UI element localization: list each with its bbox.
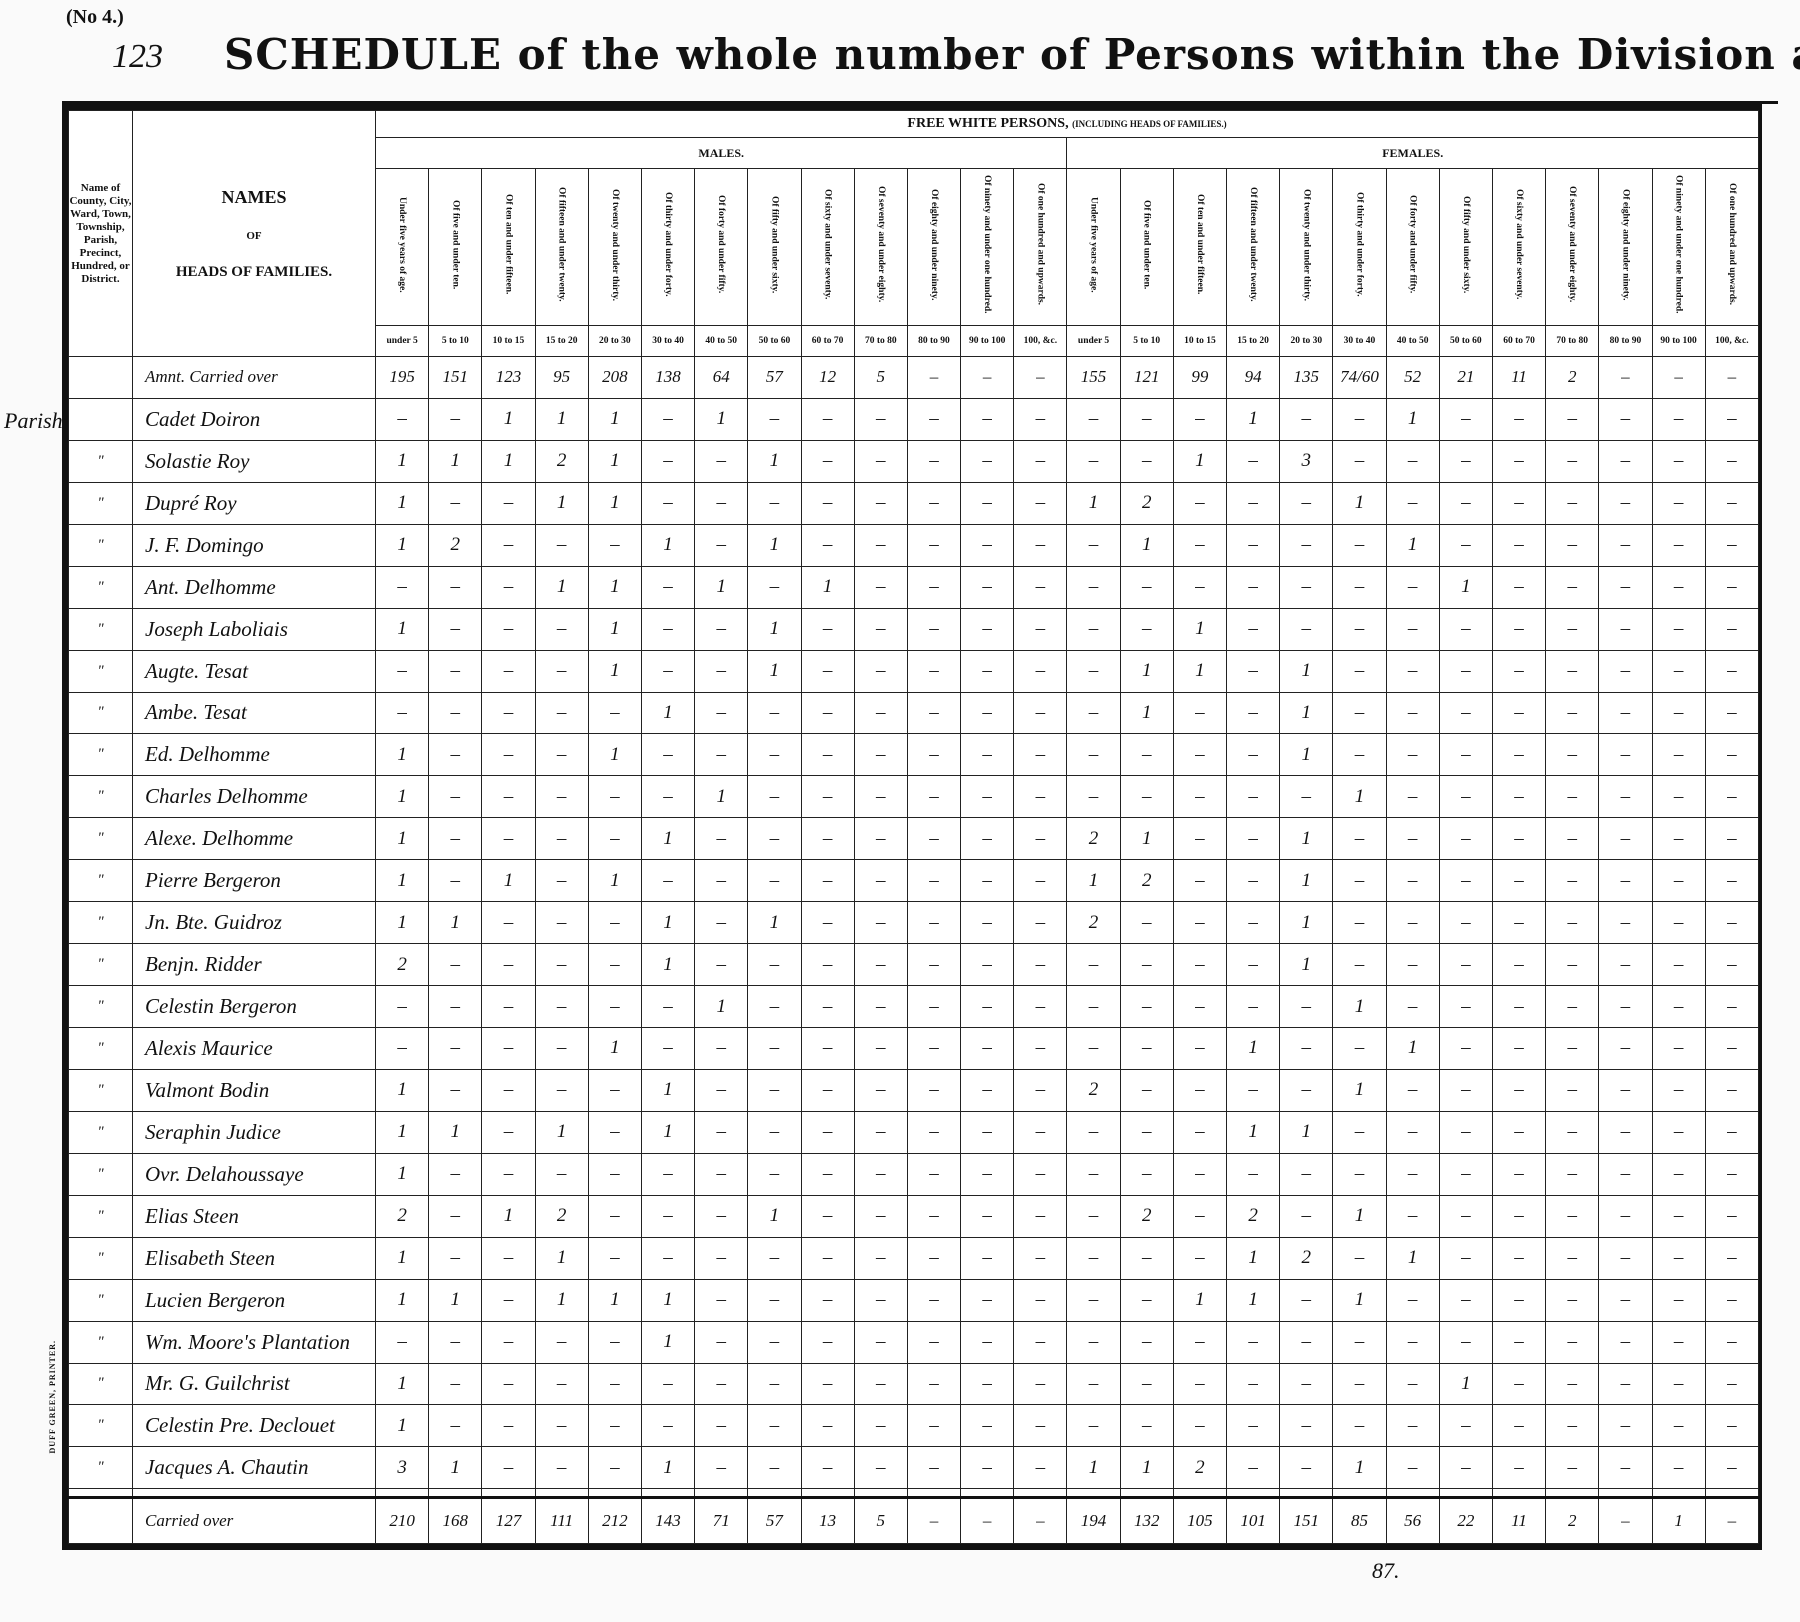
females-count-cell: 1: [1120, 1447, 1173, 1489]
table-row: "Joseph Laboliais1–––1––1–––––––1–––––––…: [69, 608, 1759, 650]
females-age-range: 100, &c.: [1705, 326, 1758, 357]
males-count-cell: 1: [376, 902, 429, 944]
females-count-cell: –: [1652, 692, 1705, 734]
head-of-family-name: Seraphin Judice: [133, 1111, 376, 1153]
males-count-cell: –: [748, 818, 801, 860]
males-count-cell: –: [482, 1447, 535, 1489]
males-count-cell: 1: [588, 398, 641, 440]
males-count-cell: –: [429, 566, 482, 608]
females-count-cell: –: [1280, 1195, 1333, 1237]
females-count-cell: –: [1173, 398, 1226, 440]
males-count-cell: –: [535, 1153, 588, 1195]
carried-forward-row: Amnt. Carried over1951511239520813864571…: [69, 357, 1759, 399]
females-count-cell: –: [1173, 1111, 1226, 1153]
males-age-header: Of twenty and under thirty.: [588, 169, 641, 326]
names-header-line3: HEADS OF FAMILIES.: [133, 264, 375, 281]
place-cell: ": [69, 1028, 133, 1070]
males-age-range: under 5: [376, 326, 429, 357]
males-count-cell: –: [429, 1195, 482, 1237]
males-count-cell: –: [588, 1447, 641, 1489]
females-count-cell: –: [1652, 1069, 1705, 1111]
males-count-cell: –: [748, 1321, 801, 1363]
females-age-range: 10 to 15: [1173, 326, 1226, 357]
males-count-cell: –: [535, 902, 588, 944]
females-count-cell: –: [1280, 482, 1333, 524]
females-count-cell: –: [1705, 902, 1758, 944]
males-count-cell: –: [588, 1405, 641, 1447]
females-count-cell: –: [1492, 1363, 1545, 1405]
females-count-cell: –: [1067, 944, 1120, 986]
males-count-cell: –: [1014, 692, 1067, 734]
females-count-cell: 1: [1227, 1111, 1280, 1153]
table-row: "Pierre Bergeron1–1–1––––––––12––1––––––…: [69, 860, 1759, 902]
females-count-cell: –: [1652, 650, 1705, 692]
females-count-cell: –: [1067, 1153, 1120, 1195]
males-count-cell: –: [907, 1153, 960, 1195]
males-count-cell: 1: [376, 1363, 429, 1405]
males-count-cell: –: [695, 1111, 748, 1153]
males-count-cell: 1: [482, 1195, 535, 1237]
males-count-cell: 1: [376, 1153, 429, 1195]
males-count-cell: –: [641, 860, 694, 902]
females-count-cell: –: [1652, 357, 1705, 399]
males-count-cell: –: [854, 398, 907, 440]
females-count-cell: –: [1439, 1405, 1492, 1447]
females-count-cell: –: [1386, 1447, 1439, 1489]
males-count-cell: –: [907, 440, 960, 482]
males-count-cell: –: [588, 776, 641, 818]
females-count-cell: –: [1227, 1069, 1280, 1111]
males-count-cell: 5: [854, 357, 907, 399]
males-header: MALES.: [376, 138, 1067, 169]
males-count-cell: –: [748, 860, 801, 902]
spacer-row: [69, 1489, 1759, 1498]
females-count-cell: 1: [1227, 398, 1280, 440]
males-count-cell: –: [695, 902, 748, 944]
males-count-cell: –: [801, 1321, 854, 1363]
females-count-cell: –: [1492, 1028, 1545, 1070]
place-cell: ": [69, 902, 133, 944]
males-age-header: Of one hundred and upwards.: [1014, 169, 1067, 326]
males-count-cell: –: [854, 1447, 907, 1489]
females-count-cell: –: [1333, 818, 1386, 860]
males-count-cell: –: [535, 1363, 588, 1405]
males-age-range: 5 to 10: [429, 326, 482, 357]
males-count-cell: –: [854, 1363, 907, 1405]
females-age-header: Of seventy and under eighty.: [1546, 169, 1599, 326]
males-count-cell: 1: [535, 398, 588, 440]
table-row: "Augte. Tesat––––1––1––––––11–1––––––––: [69, 650, 1759, 692]
females-count-cell: –: [1173, 524, 1226, 566]
females-count-cell: –: [1599, 944, 1652, 986]
males-count-cell: –: [482, 608, 535, 650]
males-count-cell: 1: [376, 1069, 429, 1111]
head-of-family-name: Cadet Doiron: [133, 398, 376, 440]
males-count-cell: 1: [641, 902, 694, 944]
place-cell: ": [69, 1447, 133, 1489]
females-count-cell: –: [1492, 944, 1545, 986]
males-count-cell: 111: [535, 1498, 588, 1544]
females-count-cell: –: [1386, 860, 1439, 902]
females-count-cell: –: [1067, 1237, 1120, 1279]
males-count-cell: –: [748, 566, 801, 608]
females-count-cell: 1: [1333, 1195, 1386, 1237]
females-count-cell: –: [1705, 1447, 1758, 1489]
place-cell: ": [69, 986, 133, 1028]
males-count-cell: –: [801, 734, 854, 776]
table-row: "Alexe. Delhomme1––––1–––––––21––1––––––…: [69, 818, 1759, 860]
males-age-range: 20 to 30: [588, 326, 641, 357]
females-count-cell: –: [1652, 524, 1705, 566]
females-count-cell: –: [1227, 1153, 1280, 1195]
females-count-cell: –: [1492, 818, 1545, 860]
males-count-cell: –: [801, 1195, 854, 1237]
females-count-cell: –: [1599, 1498, 1652, 1544]
females-count-cell: –: [1599, 734, 1652, 776]
males-count-cell: –: [961, 818, 1014, 860]
females-count-cell: 1: [1280, 734, 1333, 776]
males-count-cell: 1: [695, 566, 748, 608]
males-count-cell: 1: [429, 1111, 482, 1153]
females-count-cell: 1: [1227, 1237, 1280, 1279]
females-count-cell: –: [1439, 734, 1492, 776]
females-count-cell: –: [1333, 398, 1386, 440]
males-count-cell: 1: [748, 440, 801, 482]
females-count-cell: –: [1705, 566, 1758, 608]
males-count-cell: –: [429, 482, 482, 524]
females-count-cell: –: [1705, 776, 1758, 818]
males-count-cell: 2: [535, 1195, 588, 1237]
males-count-cell: 1: [641, 818, 694, 860]
females-count-cell: –: [1280, 566, 1333, 608]
females-count-cell: –: [1599, 608, 1652, 650]
males-count-cell: –: [588, 1321, 641, 1363]
females-count-cell: 11: [1492, 1498, 1545, 1544]
males-count-cell: 143: [641, 1498, 694, 1544]
males-count-cell: –: [641, 1405, 694, 1447]
females-age-range: 70 to 80: [1546, 326, 1599, 357]
females-age-header: Of ten and under fifteen.: [1173, 169, 1226, 326]
females-count-cell: –: [1333, 1153, 1386, 1195]
females-count-cell: –: [1546, 524, 1599, 566]
females-count-cell: 1: [1280, 818, 1333, 860]
females-count-cell: –: [1280, 776, 1333, 818]
males-count-cell: 1: [748, 902, 801, 944]
males-count-cell: 1: [482, 398, 535, 440]
females-count-cell: 1: [1120, 692, 1173, 734]
females-count-cell: 1: [1067, 1447, 1120, 1489]
females-count-cell: –: [1599, 692, 1652, 734]
males-count-cell: –: [1014, 1111, 1067, 1153]
household-rows: Amnt. Carried over1951511239520813864571…: [69, 357, 1759, 1544]
females-count-cell: –: [1120, 1028, 1173, 1070]
males-count-cell: –: [695, 734, 748, 776]
females-age-header: Of twenty and under thirty.: [1280, 169, 1333, 326]
females-count-cell: 1: [1120, 650, 1173, 692]
head-of-family-name: Ovr. Delahoussaye: [133, 1153, 376, 1195]
females-count-cell: –: [1439, 944, 1492, 986]
females-count-cell: –: [1120, 566, 1173, 608]
place-cell: ": [69, 1405, 133, 1447]
females-count-cell: –: [1652, 1363, 1705, 1405]
females-count-cell: –: [1546, 944, 1599, 986]
males-count-cell: 151: [429, 357, 482, 399]
females-count-cell: –: [1173, 944, 1226, 986]
males-count-cell: –: [801, 524, 854, 566]
males-count-cell: –: [535, 650, 588, 692]
names-header-line2: OF: [133, 230, 375, 242]
females-count-cell: –: [1120, 1237, 1173, 1279]
males-count-cell: –: [961, 734, 1014, 776]
males-count-cell: –: [1014, 440, 1067, 482]
males-count-cell: –: [961, 566, 1014, 608]
males-count-cell: –: [961, 902, 1014, 944]
males-count-cell: –: [535, 1447, 588, 1489]
females-count-cell: 1: [1386, 524, 1439, 566]
females-count-cell: –: [1120, 776, 1173, 818]
head-of-family-name: Alexe. Delhomme: [133, 818, 376, 860]
males-count-cell: 57: [748, 1498, 801, 1544]
females-count-cell: –: [1492, 776, 1545, 818]
females-count-cell: –: [1492, 440, 1545, 482]
males-count-cell: –: [907, 608, 960, 650]
males-count-cell: –: [748, 1405, 801, 1447]
males-count-cell: –: [695, 944, 748, 986]
females-count-cell: –: [1652, 1028, 1705, 1070]
females-count-cell: 11: [1492, 357, 1545, 399]
females-count-cell: –: [1120, 440, 1173, 482]
place-cell: ": [69, 608, 133, 650]
females-count-cell: 2: [1546, 1498, 1599, 1544]
males-count-cell: 1: [641, 1111, 694, 1153]
males-count-cell: –: [429, 734, 482, 776]
males-count-cell: 212: [588, 1498, 641, 1544]
females-age-range: 50 to 60: [1439, 326, 1492, 357]
males-age-range: 60 to 70: [801, 326, 854, 357]
males-count-cell: –: [907, 1069, 960, 1111]
females-count-cell: –: [1599, 482, 1652, 524]
males-count-cell: –: [1014, 1237, 1067, 1279]
males-count-cell: –: [801, 860, 854, 902]
females-count-cell: –: [1120, 1069, 1173, 1111]
males-count-cell: –: [695, 1153, 748, 1195]
males-count-cell: 1: [535, 1237, 588, 1279]
females-count-cell: –: [1386, 1405, 1439, 1447]
females-count-cell: –: [1333, 524, 1386, 566]
females-count-cell: 1: [1652, 1498, 1705, 1544]
males-count-cell: –: [695, 482, 748, 524]
head-of-family-name: Ambe. Tesat: [133, 692, 376, 734]
males-count-cell: 1: [376, 734, 429, 776]
females-count-cell: –: [1705, 734, 1758, 776]
males-count-cell: –: [588, 818, 641, 860]
females-count-cell: –: [1705, 1363, 1758, 1405]
females-count-cell: –: [1227, 776, 1280, 818]
females-count-cell: –: [1173, 1153, 1226, 1195]
females-count-cell: –: [1386, 734, 1439, 776]
males-count-cell: 123: [482, 357, 535, 399]
females-count-cell: 1: [1439, 1363, 1492, 1405]
females-age-range: 90 to 100: [1652, 326, 1705, 357]
females-count-cell: –: [1439, 986, 1492, 1028]
males-count-cell: –: [961, 1237, 1014, 1279]
males-count-cell: –: [641, 1237, 694, 1279]
females-count-cell: –: [1227, 566, 1280, 608]
females-count-cell: 1: [1280, 692, 1333, 734]
females-count-cell: –: [1173, 818, 1226, 860]
females-count-cell: –: [1173, 1237, 1226, 1279]
females-age-range: under 5: [1067, 326, 1120, 357]
males-count-cell: 1: [535, 566, 588, 608]
place-cell: ": [69, 818, 133, 860]
females-age-header: Of fifteen and under twenty.: [1227, 169, 1280, 326]
males-count-cell: –: [535, 1321, 588, 1363]
males-count-cell: –: [961, 1028, 1014, 1070]
males-count-cell: –: [376, 692, 429, 734]
males-count-cell: –: [1014, 1405, 1067, 1447]
males-count-cell: –: [641, 608, 694, 650]
males-age-range: 80 to 90: [907, 326, 960, 357]
females-count-cell: –: [1439, 776, 1492, 818]
males-count-cell: –: [641, 1028, 694, 1070]
females-age-range: 60 to 70: [1492, 326, 1545, 357]
sheet-number: 123: [112, 38, 163, 76]
males-count-cell: –: [961, 608, 1014, 650]
males-count-cell: –: [429, 692, 482, 734]
females-count-cell: –: [1067, 398, 1120, 440]
females-count-cell: 1: [1173, 608, 1226, 650]
males-count-cell: –: [907, 398, 960, 440]
females-count-cell: –: [1227, 524, 1280, 566]
males-count-cell: 1: [641, 524, 694, 566]
females-count-cell: –: [1492, 608, 1545, 650]
males-count-cell: 1: [376, 482, 429, 524]
females-count-cell: –: [1546, 860, 1599, 902]
males-count-cell: –: [907, 818, 960, 860]
table-row: "Mr. G. Guilchrist1–––––––––––––––––––1–…: [69, 1363, 1759, 1405]
females-count-cell: –: [1492, 566, 1545, 608]
females-count-cell: –: [1227, 860, 1280, 902]
males-count-cell: –: [429, 1405, 482, 1447]
males-count-cell: –: [961, 1195, 1014, 1237]
males-count-cell: 1: [695, 398, 748, 440]
males-count-cell: 1: [429, 902, 482, 944]
females-count-cell: 1: [1067, 482, 1120, 524]
males-count-cell: –: [907, 1028, 960, 1070]
males-count-cell: –: [641, 482, 694, 524]
males-count-cell: 1: [376, 524, 429, 566]
males-count-cell: –: [907, 1321, 960, 1363]
females-count-cell: –: [1599, 1279, 1652, 1321]
females-age-range: 30 to 40: [1333, 326, 1386, 357]
females-count-cell: –: [1067, 1195, 1120, 1237]
males-age-header: Of seventy and under eighty.: [854, 169, 907, 326]
males-count-cell: –: [1014, 860, 1067, 902]
females-count-cell: –: [1599, 1321, 1652, 1363]
males-count-cell: –: [588, 986, 641, 1028]
males-count-cell: –: [429, 860, 482, 902]
males-count-cell: –: [961, 1498, 1014, 1544]
males-count-cell: 12: [801, 357, 854, 399]
females-count-cell: –: [1120, 1153, 1173, 1195]
females-count-cell: 1: [1173, 650, 1226, 692]
table-row: "Elisabeth Steen1––1––––––––––––12–1––––…: [69, 1237, 1759, 1279]
males-count-cell: –: [429, 1028, 482, 1070]
head-of-family-name: Lucien Bergeron: [133, 1279, 376, 1321]
head-of-family-name: Benjn. Ridder: [133, 944, 376, 986]
females-count-cell: –: [1705, 1153, 1758, 1195]
head-of-family-name: J. F. Domingo: [133, 524, 376, 566]
table-row: "Elias Steen2–12–––1––––––2–2–1–––––––: [69, 1195, 1759, 1237]
females-count-cell: –: [1173, 776, 1226, 818]
place-cell: ": [69, 1279, 133, 1321]
males-count-cell: –: [482, 1069, 535, 1111]
place-cell: [69, 398, 133, 440]
males-count-cell: –: [907, 1237, 960, 1279]
place-cell: ": [69, 734, 133, 776]
females-count-cell: –: [1227, 440, 1280, 482]
males-count-cell: 195: [376, 357, 429, 399]
males-count-cell: –: [854, 1028, 907, 1070]
females-count-cell: –: [1492, 398, 1545, 440]
females-count-cell: 1: [1280, 860, 1333, 902]
females-count-cell: –: [1652, 776, 1705, 818]
males-count-cell: –: [535, 692, 588, 734]
females-count-cell: 2: [1067, 1069, 1120, 1111]
males-count-cell: –: [695, 1363, 748, 1405]
place-cell: ": [69, 1111, 133, 1153]
females-count-cell: –: [1067, 1405, 1120, 1447]
males-count-cell: –: [482, 776, 535, 818]
table-row: "Celestin Bergeron––––––1–––––––––––1–––…: [69, 986, 1759, 1028]
females-count-cell: –: [1546, 1237, 1599, 1279]
males-count-cell: 210: [376, 1498, 429, 1544]
males-count-cell: –: [695, 1321, 748, 1363]
males-count-cell: 168: [429, 1498, 482, 1544]
males-count-cell: –: [748, 1028, 801, 1070]
males-count-cell: –: [376, 986, 429, 1028]
females-count-cell: –: [1227, 818, 1280, 860]
head-of-family-name: Ed. Delhomme: [133, 734, 376, 776]
males-count-cell: –: [748, 692, 801, 734]
females-count-cell: –: [1333, 1111, 1386, 1153]
males-count-cell: –: [854, 566, 907, 608]
males-count-cell: –: [854, 524, 907, 566]
females-count-cell: –: [1705, 608, 1758, 650]
males-count-cell: 1: [588, 860, 641, 902]
males-count-cell: –: [854, 1195, 907, 1237]
males-count-cell: 1: [482, 860, 535, 902]
females-count-cell: –: [1546, 1363, 1599, 1405]
females-count-cell: –: [1652, 398, 1705, 440]
females-count-cell: –: [1546, 818, 1599, 860]
place-cell: ": [69, 860, 133, 902]
females-count-cell: –: [1492, 482, 1545, 524]
females-count-cell: –: [1227, 986, 1280, 1028]
females-count-cell: –: [1120, 1405, 1173, 1447]
females-count-cell: 194: [1067, 1498, 1120, 1544]
females-count-cell: –: [1492, 1195, 1545, 1237]
males-count-cell: –: [854, 860, 907, 902]
table-row: "Jn. Bte. Guidroz11–––1–1–––––2–––1–––––…: [69, 902, 1759, 944]
males-count-cell: –: [1014, 818, 1067, 860]
males-count-cell: –: [801, 650, 854, 692]
females-header: FEMALES.: [1067, 138, 1759, 169]
females-count-cell: –: [1492, 1279, 1545, 1321]
females-count-cell: –: [1333, 608, 1386, 650]
page-title: SCHEDULE of the whole number of Persons …: [224, 30, 1800, 79]
males-count-cell: –: [535, 608, 588, 650]
